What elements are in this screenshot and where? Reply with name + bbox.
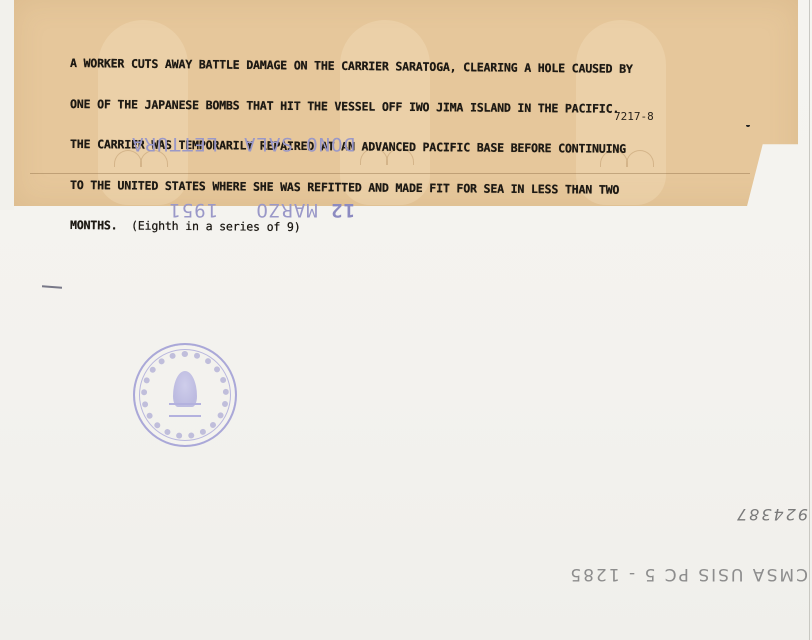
stamp-day: 12 bbox=[330, 199, 355, 221]
seal-emblem-base bbox=[169, 403, 201, 417]
archive-note: CMSA USIS PC 5 - 1285 924387 bbox=[540, 484, 808, 624]
caption-line: A WORKER CUTS AWAY BATTLE DAMAGE ON THE … bbox=[70, 57, 750, 78]
inventory-number: 924387 bbox=[540, 504, 808, 524]
paper-edge bbox=[0, 0, 14, 210]
ink-mark bbox=[746, 122, 750, 127]
institutional-seal-icon bbox=[133, 343, 237, 447]
archive-code: CMSA USIS PC 5 - 1285 bbox=[540, 564, 808, 584]
stamp-year: 1951 bbox=[168, 199, 218, 221]
donation-stamp: 12 MARZO 1951 DONO SALA LETTURA bbox=[85, 111, 355, 265]
scan-edge bbox=[809, 0, 810, 640]
stamp-text: DONO SALA LETTURA bbox=[85, 133, 355, 155]
stamp-month: MARZO bbox=[255, 199, 317, 221]
reference-number: 7217-8 bbox=[614, 110, 654, 123]
stamp-date-line: 12 MARZO 1951 bbox=[85, 199, 355, 221]
